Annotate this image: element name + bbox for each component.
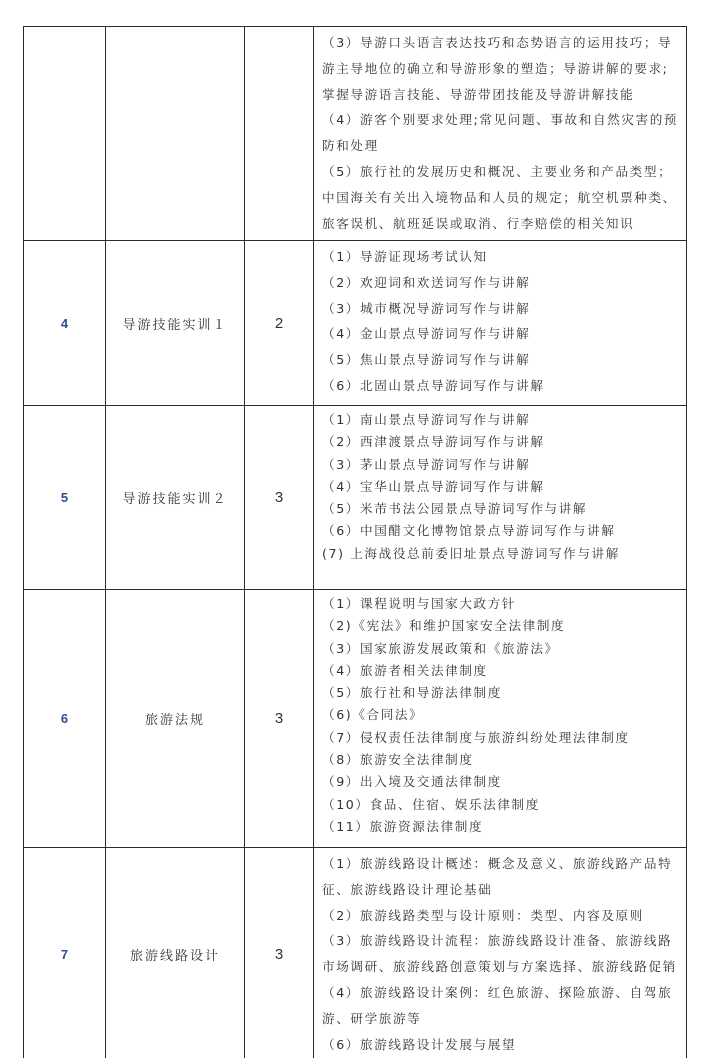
course-number-cell: 4 <box>24 241 106 406</box>
course-number-cell: 7 <box>24 848 106 1058</box>
content-line: （3）城市概况导游词写作与讲解 <box>322 296 680 322</box>
content-line: （4）宝华山景点导游词写作与讲解 <box>322 476 680 498</box>
content-line: （4）旅游者相关法律制度 <box>322 660 680 682</box>
content-line: 游、研学旅游等 <box>322 1006 680 1032</box>
content-line: （11）旅游资源法律制度 <box>322 816 680 838</box>
content-line: （5）米芾书法公园景点导游词写作与讲解 <box>322 498 680 520</box>
content-line: （3）旅游线路设计流程：旅游线路设计准备、旅游线路 <box>322 928 680 954</box>
course-credits-cell: 3 <box>245 406 314 590</box>
course-name-cell: 导游技能实训２ <box>106 406 245 590</box>
content-line: （6）中国醋文化博物馆景点导游词写作与讲解 <box>322 520 680 542</box>
content-line: （3）茅山景点导游词写作与讲解 <box>322 454 680 476</box>
content-line: （1）课程说明与国家大政方针 <box>322 593 680 615</box>
content-line: 防和处理 <box>322 133 680 159</box>
course-content-cell: （3）导游口头语言表达技巧和态势语言的运用技巧；导 游主导地位的确立和导游形象的… <box>314 27 687 241</box>
content-line: （6）北固山景点导游词写作与讲解 <box>322 373 680 399</box>
content-line: （5）焦山景点导游词写作与讲解 <box>322 347 680 373</box>
content-line: （5）旅行社和导游法律制度 <box>322 682 680 704</box>
content-line: （6）旅游线路设计发展与展望 <box>322 1032 680 1058</box>
table-row: （3）导游口头语言表达技巧和态势语言的运用技巧；导 游主导地位的确立和导游形象的… <box>24 27 687 241</box>
content-line: （4）金山景点导游词写作与讲解 <box>322 321 680 347</box>
table-row: 4 导游技能实训１ 2 （1）导游证现场考试认知 （2）欢迎词和欢送词写作与讲解… <box>24 241 687 406</box>
content-line: （3）导游口头语言表达技巧和态势语言的运用技巧；导 <box>322 30 680 56</box>
course-name-cell: 旅游法规 <box>106 590 245 848</box>
course-number-cell <box>24 27 106 241</box>
content-line: 游主导地位的确立和导游形象的塑造；导游讲解的要求; <box>322 56 680 82</box>
content-line: （4）游客个别要求处理;常见问题、事故和自然灾害的预 <box>322 107 680 133</box>
course-name-cell <box>106 27 245 241</box>
table-row: 6 旅游法规 3 （1）课程说明与国家大政方针 （2)《宪法》和维护国家安全法律… <box>24 590 687 848</box>
content-line: （2)《宪法》和维护国家安全法律制度 <box>322 615 680 637</box>
content-line: 征、旅游线路设计理论基础 <box>322 877 680 903</box>
content-line: （10）食品、住宿、娱乐法律制度 <box>322 794 680 816</box>
course-credits-cell <box>245 27 314 241</box>
content-line: （2）旅游线路类型与设计原则：类型、内容及原则 <box>322 903 680 929</box>
course-number-cell: 5 <box>24 406 106 590</box>
content-line: （2）西津渡景点导游词写作与讲解 <box>322 431 680 453</box>
content-line: （6)《合同法》 <box>322 704 680 726</box>
content-line: （2）欢迎词和欢送词写作与讲解 <box>322 270 680 296</box>
course-name-cell: 旅游线路设计 <box>106 848 245 1058</box>
course-credits-cell: 3 <box>245 848 314 1058</box>
content-line: （5）旅行社的发展历史和概况、主要业务和产品类型； <box>322 159 680 185</box>
content-line: （1）南山景点导游词写作与讲解 <box>322 409 680 431</box>
content-line: （1）旅游线路设计概述：概念及意义、旅游线路产品特 <box>322 851 680 877</box>
content-line: (7) 上海战役总前委旧址景点导游词写作与讲解 <box>322 543 680 565</box>
content-line: 中国海关有关出入境物品和人员的规定；航空机票种类、 <box>322 185 680 211</box>
curriculum-table: （3）导游口头语言表达技巧和态势语言的运用技巧；导 游主导地位的确立和导游形象的… <box>23 26 687 1058</box>
course-content-cell: （1）导游证现场考试认知 （2）欢迎词和欢送词写作与讲解 （3）城市概况导游词写… <box>314 241 687 406</box>
content-line: 市场调研、旅游线路创意策划与方案选择、旅游线路促销 <box>322 954 680 980</box>
course-content-cell: （1）课程说明与国家大政方针 （2)《宪法》和维护国家安全法律制度 （3）国家旅… <box>314 590 687 848</box>
course-content-cell: （1）旅游线路设计概述：概念及意义、旅游线路产品特 征、旅游线路设计理论基础 （… <box>314 848 687 1058</box>
course-number-cell: 6 <box>24 590 106 848</box>
table-row: 7 旅游线路设计 3 （1）旅游线路设计概述：概念及意义、旅游线路产品特 征、旅… <box>24 848 687 1058</box>
course-name-cell: 导游技能实训１ <box>106 241 245 406</box>
content-line: （7）侵权责任法律制度与旅游纠纷处理法律制度 <box>322 727 680 749</box>
content-line: （4）旅游线路设计案例：红色旅游、探险旅游、自驾旅 <box>322 980 680 1006</box>
content-line: （1）导游证现场考试认知 <box>322 244 680 270</box>
course-credits-cell: 3 <box>245 590 314 848</box>
content-line: 掌握导游语言技能、导游带团技能及导游讲解技能 <box>322 82 680 108</box>
content-line: （9）出入境及交通法律制度 <box>322 771 680 793</box>
course-credits-cell: 2 <box>245 241 314 406</box>
course-content-cell: （1）南山景点导游词写作与讲解 （2）西津渡景点导游词写作与讲解 （3）茅山景点… <box>314 406 687 590</box>
table-row: 5 导游技能实训２ 3 （1）南山景点导游词写作与讲解 （2）西津渡景点导游词写… <box>24 406 687 590</box>
content-line: （3）国家旅游发展政策和《旅游法》 <box>322 638 680 660</box>
content-line: 旅客误机、航班延误或取消、行李赔偿的相关知识 <box>322 211 680 237</box>
content-line: （8）旅游安全法律制度 <box>322 749 680 771</box>
